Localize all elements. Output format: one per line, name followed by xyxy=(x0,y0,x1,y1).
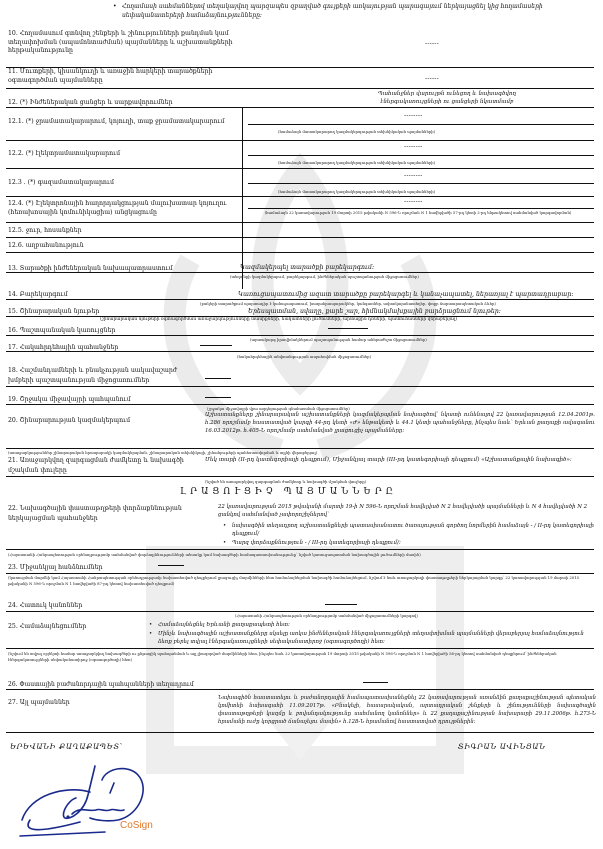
row-24-label: 24. Հատուկ կանոններ xyxy=(8,601,82,610)
row-18-label: 18. Հաշմանդամների և բնակչության սակավաշա… xyxy=(8,366,198,385)
row-12-value: Պահանջներ վարույթն ունեցող և նախագծվող է… xyxy=(352,90,542,106)
row-10-value: ------ xyxy=(425,40,439,47)
row-13-value: Կազմակերպել տարածքի բարեկարգում: xyxy=(240,263,374,272)
row-12-2-label: 12.2. (*) էլեկտրամատակարարում xyxy=(8,149,120,158)
row-27-value: Նախագիծն հաստատելու և բաժանորդային համապ… xyxy=(218,694,596,726)
row-21-label: 21. Առաջարկվող զարգացման ժամկետը և նախագ… xyxy=(8,456,198,475)
row-12-2-value: -------- xyxy=(404,143,423,150)
row-15-label: 15. Շինարարական նյութեր xyxy=(8,307,99,316)
row-12-3-label: 12.3 . (*) գազամատակարարում xyxy=(8,178,114,187)
row-17-note: (հակահրդեհային անվտանգության ապահովման մ… xyxy=(237,354,371,359)
cosign-logo: CoSign xyxy=(120,820,153,831)
row-22-value: 22 կառավարության 2015 թվականի մարտի 19-ի… xyxy=(218,503,596,519)
row-15-value: Երեսպատման, սվաղը, քարե շար, հիմնակմախքա… xyxy=(248,307,501,316)
mayor-name: ՏԻԳՐԱՆ ԱՎԻՆՅԱՆ xyxy=(458,742,546,751)
row-11-label: 11. Մուտքերի, կիսանկուղի և առաջին հարկեր… xyxy=(8,68,238,85)
row-12-2-note: (համաձայն մատակարարող կազմակերպության տե… xyxy=(278,160,435,165)
permit-document: Հողամասի սահմաններով տեղակայվող պարզապես… xyxy=(0,0,603,849)
row-23-note: (կառուցման մարմնի կամ Հայաստանի Հանրապետ… xyxy=(8,575,594,586)
row-16-note: (արտակարգ իրավիճակներում պաշտպանության հ… xyxy=(250,337,427,342)
row-22-bullet-1: նախագծին տեղադրող աշխատանքների պատասխանա… xyxy=(232,522,594,538)
row-12-1-value: -------- xyxy=(404,112,423,119)
row-12-4-value: -------- xyxy=(404,198,423,205)
row-25-label: 25. Համաձայնեցումներ xyxy=(8,622,86,631)
row-12-3-value: -------- xyxy=(404,172,423,179)
row-12-1-label: 12.1. (*) ջրամատակարարում, կոյուղի, տաք … xyxy=(8,117,224,126)
row-20-value: Աշխատանքները շինարարական աշխատանքների կա… xyxy=(205,411,595,435)
row-10-label: 10. Հողամասում գտնվող շենքերի և շինությո… xyxy=(8,30,248,56)
mayor-title: ԵՐԵՎԱՆԻ ՔԱՂԱՔԱՊԵՏ՝ xyxy=(10,742,123,751)
row-26-label: 26. Փաստային բաժանորդային պահպանների տեղ… xyxy=(8,680,194,689)
row-12-4-label: 12.4. (*) Էլեկտրոնային հաղորդակցության մ… xyxy=(8,199,238,217)
row-12-1-note: (համաձայն մատակարարող կազմակերպության տե… xyxy=(278,129,435,134)
row-25-bullet-2: Մինչև նախագծային աշխատանքները սկսելը առկ… xyxy=(158,630,596,646)
row-21-value: Մեկ տարի (II-րդ կատեգորիայի դեպքում), Մի… xyxy=(205,456,595,465)
row-12-6-label: 12.6. աղբահանություն xyxy=(8,241,84,250)
row-23-label: 23. Միջանկյալ հանձնումներ xyxy=(8,563,102,572)
row-22-note: (Հայաստանի Հանրապետության օրենսդրությամբ… xyxy=(8,552,421,557)
row-22-bullet-2: Պարզ փորձաքննություն - / III-րդ կատեգորի… xyxy=(232,539,594,547)
row-11-value: ------ xyxy=(425,75,439,82)
row-14-note: (բակերի տարածքում պարտադիր է կանաչապատու… xyxy=(200,301,496,306)
row-12-label: 12. (*) Ինժեներական ցանցեր և սարքավորում… xyxy=(8,98,173,107)
row-25-note: (նշվում են տվյալ օբյեկտի համար առաջարկվո… xyxy=(8,651,594,662)
row-22-label: 22. Նախագծային փաստաթղթերի փորձաքննությա… xyxy=(8,504,198,523)
row-16-label: 16. Պաշտպանական կառույցներ xyxy=(8,326,115,335)
signature-image xyxy=(10,760,170,845)
row-14-value: Կառուցապատումից ազատ տարածքը բարեկարգել … xyxy=(238,290,573,299)
intro-note: Հողամասի սահմաններով տեղակայվող պարզապես… xyxy=(122,3,592,20)
section-title: ԼՐԱՑՈՒՑԻՉ ՊԱՅՄԱՆՆԵՐԸ xyxy=(180,487,397,497)
row-13-note: (տեղանքի կազմակերպում, բարեկարգում, ինժե… xyxy=(230,274,419,279)
row-12-3-note: (համաձայն մատակարարող կազմակերպության տե… xyxy=(278,189,435,194)
row-15-note: (շինարարական նյութերի օգտագործման առաջար… xyxy=(100,317,457,323)
row-12-4-note: (համաձայն 22 կառավարության 19 մարտի 2015… xyxy=(250,210,586,216)
row-19-label: 19. Շրջակա միջավայրի պահպանում xyxy=(8,395,131,404)
row-20-label: 20. Շինարարության կազմակերպում xyxy=(8,416,130,425)
row-21-note: (նշված են առաջարկվող զարգացման ժամկետը և… xyxy=(205,479,366,484)
row-24-note: (Հայաստանի Հանրապետության օրենսդրությամբ… xyxy=(235,613,418,618)
row-14-label: 14. Բարեկարգում xyxy=(8,290,68,299)
row-27-label: 27. Այլ պայմաններ xyxy=(8,698,70,707)
row-25-bullet-1: Համաձայնեցնել Երևանի քաղաքապետի հետ: xyxy=(158,621,596,629)
row-12-5-label: 12.5. ջուր, հոսանքներ xyxy=(8,226,82,235)
row-20-note: (առաջարկություններ շինարարական հրապարակի… xyxy=(8,450,317,455)
